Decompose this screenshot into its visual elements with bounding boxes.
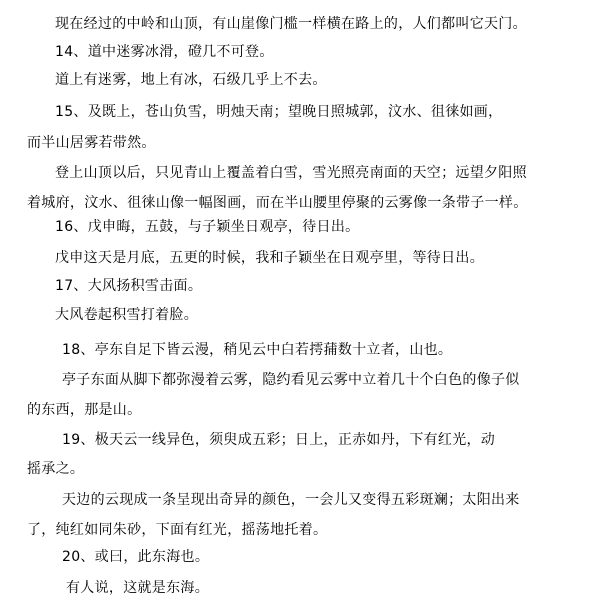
translation-line-cont: 着城府，汶水、徂徕山像一幅图画，而在半山腰里停聚的云雾像一条带子一样。 (27, 195, 528, 211)
translation-line-cont: 的东西，那是山。 (27, 402, 141, 418)
translation-line: 亭子东面从脚下都弥漫着云雾，隐约看见云雾中立着几十个白色的像子似 (62, 372, 520, 388)
source-sentence-20: 20、或曰，此东海也。 (62, 549, 209, 565)
translation-line: 有人说，这就是东海。 (66, 580, 209, 596)
translation-line: 登上山顶以后，只见青山上覆盖着白雪，雪光照亮南面的天空；远望夕阳照 (55, 165, 527, 181)
translation-line: 道上有迷雾，地上有冰，石级几乎上不去。 (55, 72, 327, 88)
translation-line: 天边的云现成一条呈现出奇异的颜色，一会儿又变得五彩斑斓；太阳出来 (62, 492, 520, 508)
translation-line: 戊申这天是月底，五更的时候，我和子颖坐在日观亭里，等待日出。 (55, 250, 484, 266)
source-sentence-16: 16、戊申晦，五鼓，与子颖坐日观亭，待日出。 (55, 219, 359, 235)
source-sentence-14: 14、道中迷雾冰滑，磴几不可登。 (55, 44, 274, 60)
translation-line: 大风卷起积雪打着脸。 (55, 307, 198, 323)
source-sentence-15-cont: 而半山居雾若带然。 (27, 135, 156, 151)
source-sentence-18: 18、亭东自足下皆云漫，稍见云中白若摴蒱数十立者，山也。 (62, 342, 452, 358)
translation-line-cont: 了，纯红如同朱砂，下面有红光，摇荡地托着。 (27, 522, 327, 538)
source-sentence-19: 19、极天云一线异色，须臾成五彩；日上，正赤如丹，下有红光，动 (62, 432, 495, 448)
source-sentence-17: 17、大风扬积雪击面。 (55, 278, 202, 294)
translation-line: 现在经过的中岭和山顶，有山崖像门槛一样横在路上的，人们都叫它天门。 (55, 16, 527, 32)
source-sentence-19-cont: 摇承之。 (27, 461, 84, 477)
source-sentence-15: 15、及既上，苍山负雪，明烛天南；望晚日照城郭，汶水、徂徕如画， (55, 104, 502, 120)
